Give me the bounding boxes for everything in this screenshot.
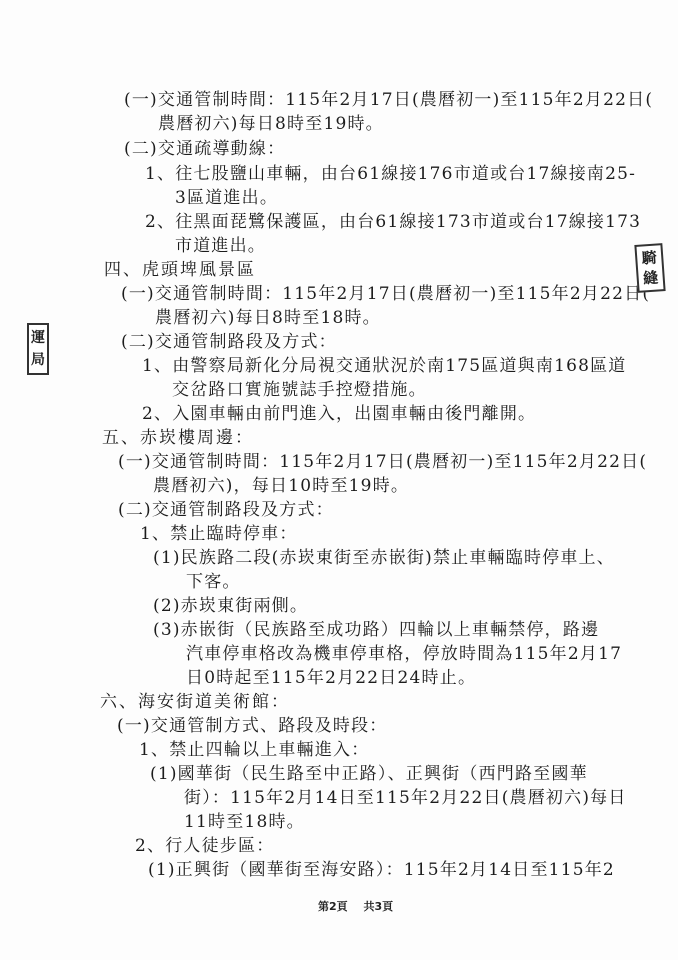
document-line: 1、禁止臨時停車：: [140, 523, 298, 545]
document-line: (2)赤崁東街兩側。: [153, 595, 308, 617]
page-number-footer: 第2頁 共3頁: [318, 899, 393, 915]
section-heading: 四、虎頭埤風景區: [104, 259, 256, 281]
document-line: 汽車停車格改為機車停車格，停放時間為115年2月17: [186, 643, 622, 665]
document-line: 農曆初六)，每日10時至19時。: [153, 475, 409, 497]
section-heading: 五、赤崁樓周邊：: [102, 427, 254, 449]
page-current: 第2頁: [318, 900, 348, 913]
document-line: (一)交通管制時間：115年2月17日(農曆初一)至115年2月22日(: [121, 283, 650, 305]
document-line: 2、入園車輛由前門進入，出園車輛由後門離開。: [142, 403, 536, 425]
document-line: 2、行人徒步區：: [135, 835, 274, 857]
seal-char: 騎: [641, 248, 657, 269]
document-line: (一)交通管制時間：115年2月17日(農曆初一)至115年2月22日(: [124, 89, 653, 111]
document-line: 市道進出。: [175, 235, 266, 257]
document-line: (1)國華街（民生路至中正路）、正興街（西門路至國華: [150, 763, 588, 785]
document-line: 1、往七股鹽山車輛，由台61線接176市道或台17線接南25-: [145, 163, 636, 185]
document-line: (一)交通管制方式、路段及時段：: [117, 715, 387, 737]
seam-seal-stamp-left: 運 局: [27, 323, 49, 375]
seal-char: 運: [31, 327, 45, 349]
document-line: (二)交通管制路段及方式：: [121, 331, 337, 353]
document-line: 農曆初六)每日8時至19時。: [158, 113, 384, 135]
document-line: (一)交通管制時間：115年2月17日(農曆初一)至115年2月22日(: [118, 451, 647, 473]
document-line: 下客。: [186, 571, 241, 593]
document-line: 1、由警察局新化分局視交通狀況於南175區道與南168區道: [142, 355, 627, 377]
document-line: 2、往黑面琵鷺保護區，由台61線接173市道或台17線接173: [145, 211, 641, 233]
document-line: 3區道進出。: [175, 187, 278, 209]
document-page: (一)交通管制時間：115年2月17日(農曆初一)至115年2月22日(農曆初六…: [0, 0, 678, 960]
document-line: 日0時起至115年2月22日24時止。: [186, 667, 476, 689]
document-line: 農曆初六)每日8時至18時。: [155, 307, 381, 329]
section-heading: 六、海安街道美術館：: [100, 691, 290, 713]
document-line: (1)民族路二段(赤崁東街至赤嵌街)禁止車輛臨時停車上、: [153, 547, 615, 569]
document-line: 街）：115年2月14日至115年2月22日(農曆初六)每日: [184, 787, 627, 809]
document-line: (1)正興街（國華街至海安路）：115年2月14日至115年2: [148, 859, 615, 881]
document-line: (二)交通疏導動線：: [124, 138, 285, 160]
page-total: 共3頁: [364, 900, 394, 913]
seal-char: 縫: [643, 267, 659, 288]
document-line: 交岔路口實施號誌手控燈措施。: [172, 379, 427, 401]
document-line: 11時至18時。: [184, 811, 305, 833]
document-line: (二)交通管制路段及方式：: [118, 499, 334, 521]
document-line: 1、禁止四輪以上車輛進入：: [139, 739, 369, 761]
seal-char: 局: [31, 349, 45, 371]
seam-seal-stamp-right: 騎 縫: [634, 243, 665, 293]
document-line: (3)赤嵌街（民族路至成功路）四輪以上車輛禁停，路邊: [153, 619, 599, 641]
